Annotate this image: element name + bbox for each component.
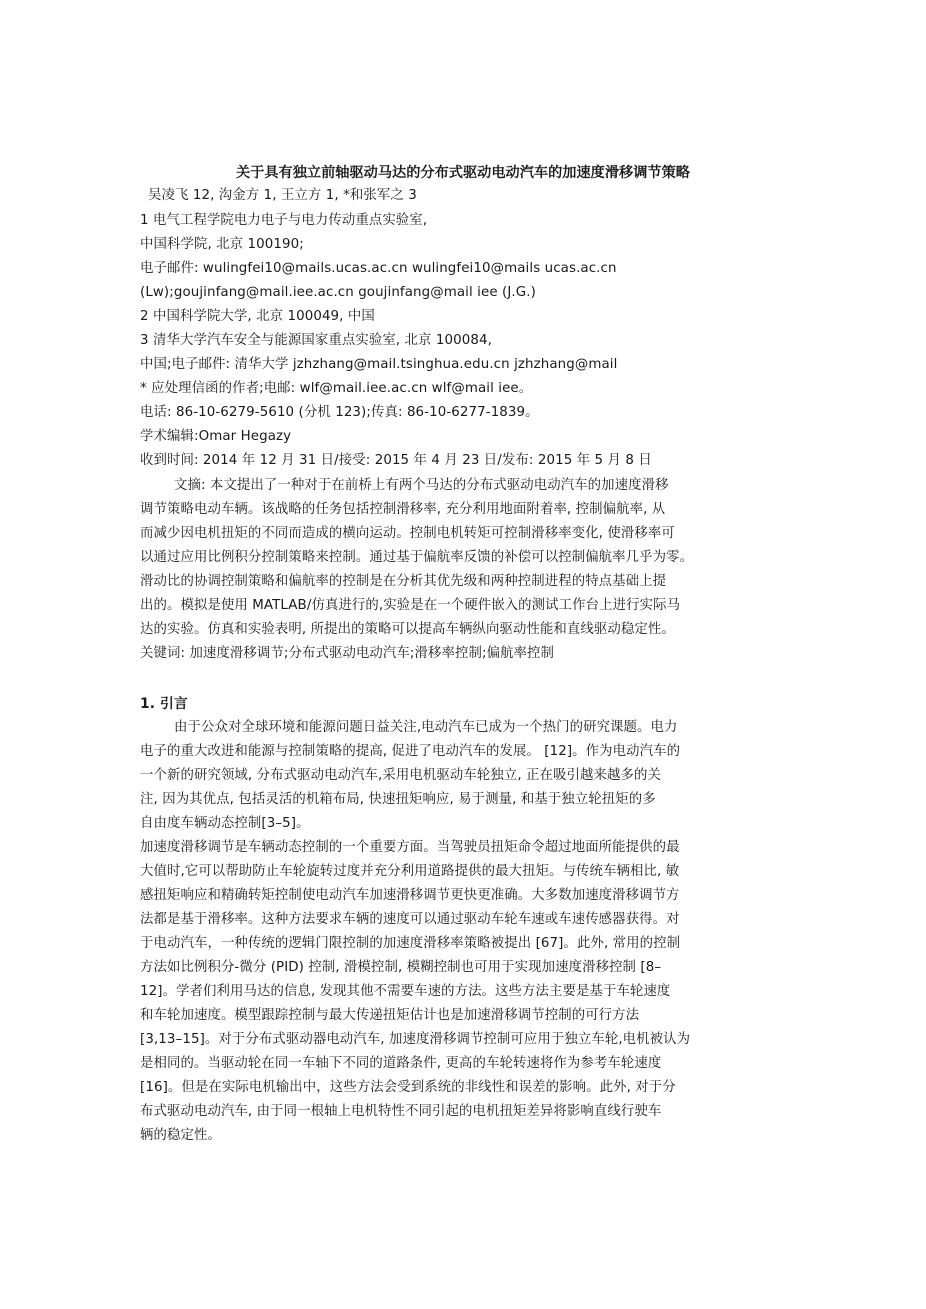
abstract-line: 滑动比的协调控制策略和偏航率的控制是在分析其优先级和两种控制进程的特点基础上提: [140, 572, 666, 592]
body-line: 方法如比例积分-微分 (PID) 控制, 滑模控制, 模糊控制也可用于实现加速度…: [140, 958, 661, 978]
section-heading: 1. 引言: [140, 694, 188, 714]
body-line: [16]。但是在实际电机输出中，这些方法会受到系统的非线性和误差的影响。此外, …: [140, 1078, 676, 1098]
body-line: 加速度滑移调节是车辆动态控制的一个重要方面。当驾驶员扭矩命令超过地面所能提供的最: [140, 838, 680, 858]
body-line: 电子的重大改进和能源与控制策略的提高, 促进了电动汽车的发展。 [12]。作为电…: [140, 742, 680, 762]
email-line: 中国;电子邮件: 清华大学 jzhzhang@mail.tsinghua.edu…: [140, 355, 617, 375]
body-line: 注, 因为其优点, 包括灵活的机箱布局, 快速扭矩响应, 易于测量, 和基于独立…: [140, 790, 656, 810]
body-line: 辆的稳定性。: [140, 1126, 221, 1146]
body-line: 12]。学者们利用马达的信息, 发现其他不需要车速的方法。这些方法主要是基于车轮…: [140, 982, 670, 1002]
abstract-line: 达的实验。仿真和实验表明, 所提出的策略可以提高车辆纵向驱动性能和直线驱动稳定性…: [140, 620, 675, 640]
body-line: 一个新的研究领域, 分布式驱动电动汽车,采用电机驱动车轮独立, 正在吸引越来越多…: [140, 766, 661, 786]
body-line: 是相同的。当驱动轮在同一车轴下不同的道路条件, 更高的车轮转速将作为参考车轮速度: [140, 1054, 661, 1074]
body-line: 自由度车辆动态控制[3–5]。: [140, 814, 310, 834]
phone-fax-line: 电话: 86-10-6279-5610 (分机 123);传真: 86-10-6…: [140, 403, 539, 423]
body-line: [3,13–15]。对于分布式驱动器电动汽车, 加速度滑移调节控制可应用于独立车…: [140, 1030, 690, 1050]
body-line: 法都是基于滑移率。这种方法要求车辆的速度可以通过驱动车轮车速或车速传感器获得。对: [140, 910, 680, 930]
abstract-line: 以通过应用比例积分控制策略来控制。通过基于偏航率反馈的补偿可以控制偏航率几乎为零…: [140, 548, 693, 568]
affiliation-line: 1 电气工程学院电力电子与电力传动重点实验室,: [140, 211, 427, 231]
email-line: 电子邮件: wulingfei10@mails.ucas.ac.cn wulin…: [140, 259, 617, 279]
affiliation-line: 中国科学院, 北京 100190;: [140, 235, 304, 255]
body-line: 和车轮加速度。模型跟踪控制与最大传递扭矩估计也是加速滑移调节控制的可行方法: [140, 1006, 639, 1026]
paper-title: 关于具有独立前轴驱动马达的分布式驱动电动汽车的加速度滑移调节策略: [0, 162, 926, 184]
body-line: 大值时,它可以帮助防止车轮旋转过度并充分利用道路提供的最大扭矩。与传统车辆相比,…: [140, 862, 679, 882]
keywords-line: 关键词: 加速度滑移调节;分布式驱动电动汽车;滑移率控制;偏航率控制: [140, 644, 554, 664]
dates-line: 收到时间: 2014 年 12 月 31 日/接受: 2015 年 4 月 23…: [140, 451, 652, 471]
email-line: (Lw);goujinfang@mail.iee.ac.cn goujinfan…: [140, 283, 536, 303]
affiliation-line: 3 清华大学汽车安全与能源国家重点实验室, 北京 100084,: [140, 331, 492, 351]
abstract-line: 而减少因电机扭矩的不同而造成的横向运动。控制电机转矩可控制滑移率变化, 使滑移率…: [140, 524, 675, 544]
abstract-line: 调节策略电动车辆。该战略的任务包括控制滑移率, 充分利用地面附着率, 控制偏航率…: [140, 500, 665, 520]
abstract-line: 出的。模拟是使用 MATLAB/仿真进行的,实验是在一个硬件嵌入的测试工作台上进…: [140, 596, 680, 616]
author-list: 吴凌飞 12, 沟金方 1, 王立方 1, *和张军之 3: [148, 186, 417, 206]
body-line: 由于公众对全球环境和能源问题日益关注,电动汽车已成为一个热门的研究课题。电力: [174, 718, 678, 738]
document-page: 关于具有独立前轴驱动马达的分布式驱动电动汽车的加速度滑移调节策略 吴凌飞 12,…: [0, 0, 926, 1309]
body-line: 布式驱动电动汽车, 由于同一根轴上电机特性不同引起的电机扭矩差异将影响直线行驶车: [140, 1102, 661, 1122]
corresponding-author-line: * 应处理信函的作者;电邮: wlf@mail.iee.ac.cn wlf@ma…: [140, 379, 532, 399]
body-line: 于电动汽车，一种传统的逻辑门限控制的加速度滑移率策略被提出 [67]。此外, 常…: [140, 934, 680, 954]
body-line: 感扭矩响应和精确转矩控制使电动汽车加速滑移调节更快更准确。大多数加速度滑移调节方: [140, 886, 680, 906]
abstract-line: 文摘: 本文提出了一种对于在前桥上有两个马达的分布式驱动电动汽车的加速度滑移: [174, 476, 669, 496]
affiliation-line: 2 中国科学院大学, 北京 100049, 中国: [140, 307, 375, 327]
academic-editor-line: 学术编辑:Omar Hegazy: [140, 427, 291, 447]
